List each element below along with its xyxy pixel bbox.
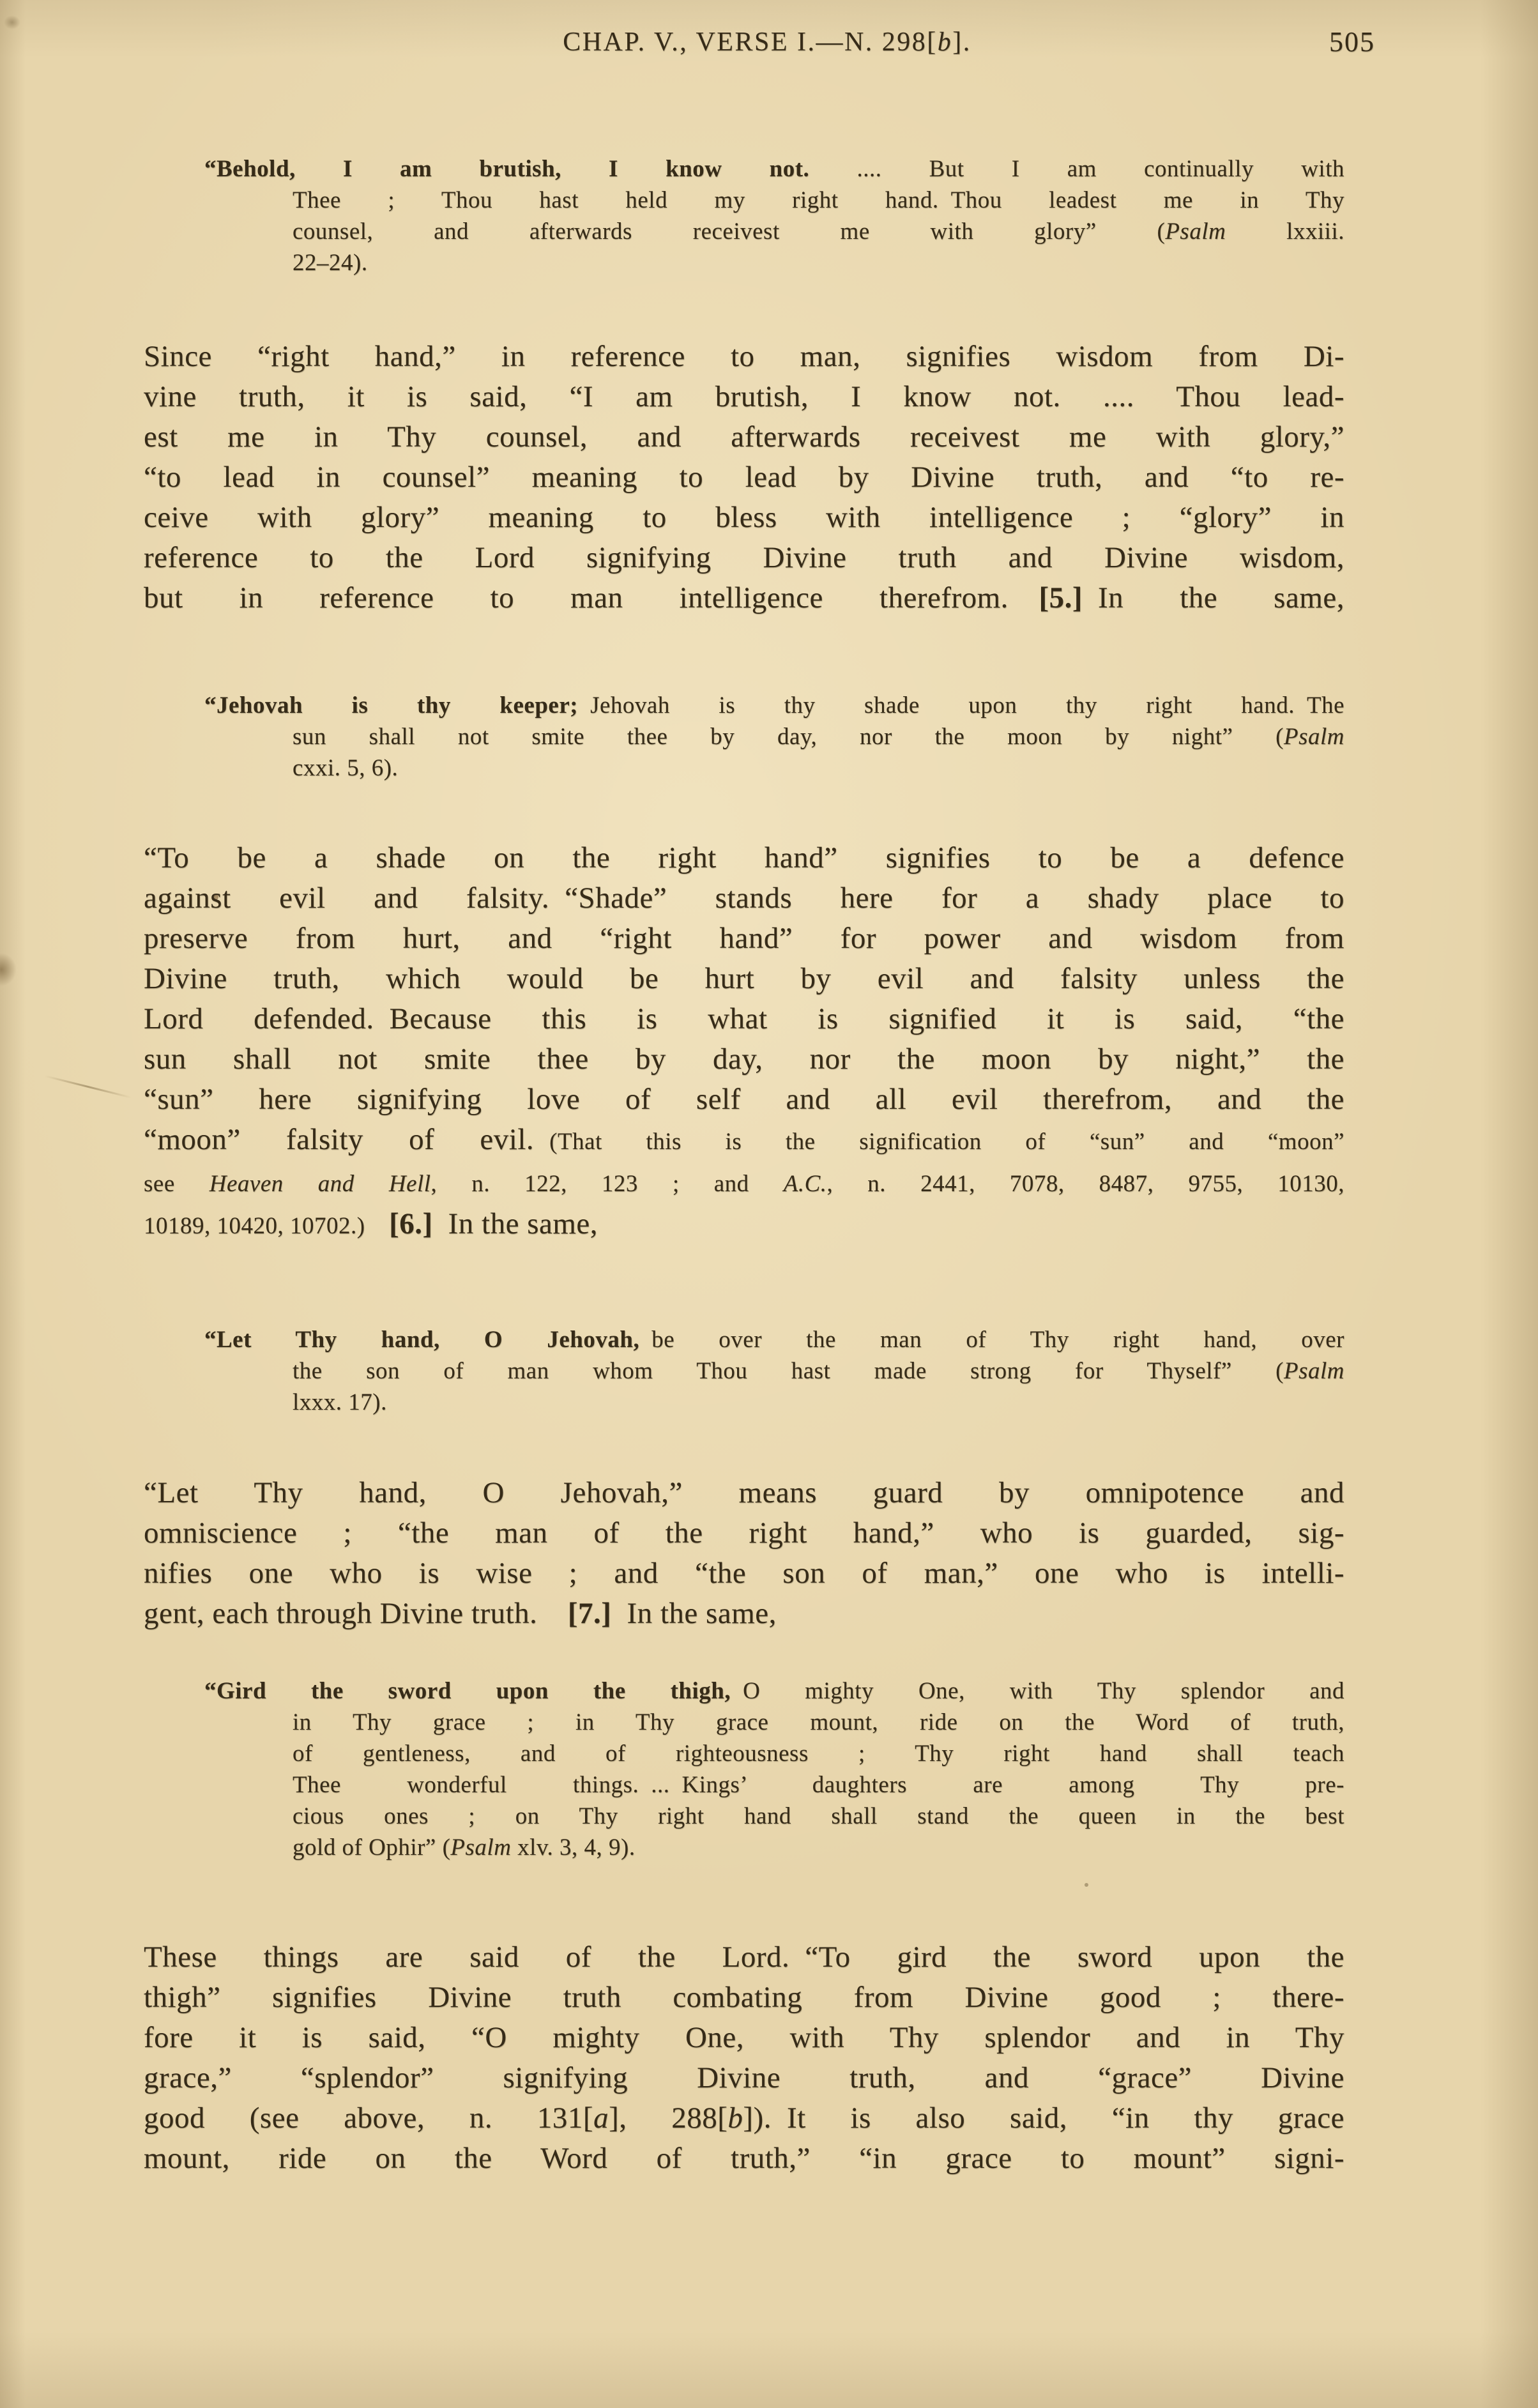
text-line: Lord defended. Because this is what is s… <box>144 999 1344 1039</box>
text-line: cious ones ; on Thy right hand shall sta… <box>293 1801 1344 1832</box>
text-segment: 22–24). <box>293 250 368 276</box>
text-segment: .... But I am continually with <box>809 156 1344 182</box>
text-segment: preserve from hurt, and “right hand” for… <box>144 922 1344 955</box>
text-line: mount, ride on the Word of truth,” “in g… <box>144 2138 1344 2179</box>
text-line: “Let Thy hand, O Jehovah, be over the ma… <box>293 1324 1344 1355</box>
text-segment: lxxiii. <box>1226 218 1344 245</box>
text-segment: Heaven and Hell <box>209 1171 431 1197</box>
text-line: “Jehovah is thy keeper; Jehovah is thy s… <box>293 690 1344 721</box>
text-segment: sun shall not smite thee by day, nor the… <box>293 724 1284 750</box>
paper-scratch <box>45 1075 132 1099</box>
text-line: in Thy grace ; in Thy grace mount, ride … <box>293 1707 1344 1738</box>
text-segment: b <box>938 27 953 57</box>
text-line: Divine truth, which would be hurt by evi… <box>144 959 1344 999</box>
text-line: fore it is said, “O mighty One, with Thy… <box>144 2018 1344 2058</box>
text-segment: [5.] <box>1039 581 1083 614</box>
text-line: 22–24). <box>293 247 1344 278</box>
text-line: good (see above, n. 131[a], 288[b]). It … <box>144 2098 1344 2138</box>
text-segment: CHAP. V., VERSE I.—N. 298[ <box>563 27 938 57</box>
text-segment: “To be a shade on the right hand” signif… <box>144 841 1344 874</box>
text-segment: cxxi. 5, 6). <box>293 755 398 781</box>
text-segment: “moon” falsity of evil. <box>144 1123 549 1156</box>
text-line: nifies one who is wise ; and “the son of… <box>144 1553 1344 1594</box>
text-line: Since “right hand,” in reference to man,… <box>144 337 1344 377</box>
text-segment: the son of man whom Thou hast made stron… <box>293 1358 1284 1384</box>
text-segment: “Let Thy hand, O Jehovah, <box>204 1327 639 1353</box>
text-line: the son of man whom Thou hast made stron… <box>293 1355 1344 1387</box>
text-segment: , n. 2441, 7078, 8487, 9755, 10130, <box>827 1171 1344 1197</box>
text-line: preserve from hurt, and “right hand” for… <box>144 918 1344 959</box>
text-segment: against evil and falsity. “Shade” stands… <box>144 881 1344 915</box>
text-segment: est me in Thy counsel, and afterwards re… <box>144 420 1344 453</box>
text-line: gold of Ophir” (Psalm xlv. 3, 4, 9). <box>293 1832 1344 1863</box>
text-segment: (That this is the signification of “sun”… <box>549 1129 1344 1155</box>
text-line: “Let Thy hand, O Jehovah,” means guard b… <box>144 1473 1344 1513</box>
text-line: “To be a shade on the right hand” signif… <box>144 838 1344 878</box>
text-segment: In the same, <box>611 1597 776 1630</box>
text-segment: be over the man of Thy right hand, over <box>639 1327 1344 1353</box>
text-line: Thee ; Thou hast held my right hand. Tho… <box>293 185 1344 216</box>
text-segment: “Gird the sword upon the thigh, <box>204 1678 731 1704</box>
text-segment: “Behold, I am brutish, I know not. <box>204 156 809 182</box>
text-line: Thee wonderful things. ... Kings’ daught… <box>293 1769 1344 1801</box>
text-segment: b <box>727 2101 743 2135</box>
text-segment: [6.] <box>389 1207 433 1240</box>
text-segment: “Let Thy hand, O Jehovah,” means guard b… <box>144 1476 1344 1509</box>
paper-smudge <box>4 15 20 29</box>
text-line: sun shall not smite thee by day, nor the… <box>144 1039 1344 1079</box>
text-line: “to lead in counsel” meaning to lead by … <box>144 457 1344 498</box>
text-segment: but in reference to man intelligence the… <box>144 581 1039 614</box>
text-line: lxxx. 17). <box>293 1387 1344 1418</box>
page-text-area: CHAP. V., VERSE I.—N. 298[b]. 505 “Behol… <box>144 27 1344 2179</box>
text-line: est me in Thy counsel, and afterwards re… <box>144 417 1344 457</box>
text-line: “Gird the sword upon the thigh, O mighty… <box>293 1675 1344 1707</box>
text-segment: ], 288[ <box>609 2101 727 2135</box>
text-segment: counsel, and afterwards receivest me wit… <box>293 218 1165 245</box>
text-segment: A.C. <box>784 1171 827 1197</box>
text-segment: omniscience ; “the man of the right hand… <box>144 1516 1344 1550</box>
text-line: sun shall not smite thee by day, nor the… <box>293 721 1344 752</box>
text-segment: vine truth, it is said, “I am brutish, I… <box>144 380 1344 413</box>
text-line: of gentleness, and of righteousness ; Th… <box>293 1738 1344 1769</box>
text-segment: , n. 122, 123 ; and <box>431 1171 784 1197</box>
text-segment: O mighty One, with Thy splendor and <box>731 1678 1344 1704</box>
text-segment: Thee ; Thou hast held my right hand. Tho… <box>293 187 1344 213</box>
text-line: omniscience ; “the man of the right hand… <box>144 1513 1344 1553</box>
scripture-quote: “Jehovah is thy keeper; Jehovah is thy s… <box>144 690 1344 784</box>
text-segment: see <box>144 1171 209 1197</box>
text-segment: ceive with glory” meaning to bless with … <box>144 501 1344 534</box>
text-segment: xlv. 3, 4, 9). <box>511 1834 635 1861</box>
text-segment: In the same, <box>433 1207 598 1240</box>
text-segment: good (see above, n. 131[ <box>144 2101 593 2135</box>
text-segment: Psalm <box>1284 724 1344 750</box>
body-paragraph: Since “right hand,” in reference to man,… <box>144 337 1344 618</box>
page-body: “Behold, I am brutish, I know not. .... … <box>144 153 1344 2179</box>
text-line: cxxi. 5, 6). <box>293 752 1344 784</box>
body-paragraph: “Let Thy hand, O Jehovah,” means guard b… <box>144 1473 1344 1634</box>
text-segment: These things are said of the Lord. “To g… <box>144 1940 1344 1974</box>
text-line: counsel, and afterwards receivest me wit… <box>293 216 1344 247</box>
text-segment: “to lead in counsel” meaning to lead by … <box>144 461 1344 494</box>
text-segment: in Thy grace ; in Thy grace mount, ride … <box>293 1709 1344 1735</box>
text-segment: a <box>593 2101 609 2135</box>
text-line: gent, each through Divine truth. [7.] In… <box>144 1594 1344 1634</box>
text-segment: lxxx. 17). <box>293 1389 387 1415</box>
text-segment: In the same, <box>1083 581 1344 614</box>
text-line: “Behold, I am brutish, I know not. .... … <box>293 153 1344 185</box>
text-line: vine truth, it is said, “I am brutish, I… <box>144 377 1344 417</box>
text-segment: Psalm <box>450 1834 511 1861</box>
book-page-scan: CHAP. V., VERSE I.—N. 298[b]. 505 “Behol… <box>0 0 1538 2408</box>
text-segment: Jehovah is thy shade upon thy right hand… <box>578 692 1344 719</box>
scripture-quote: “Behold, I am brutish, I know not. .... … <box>144 153 1344 278</box>
text-segment: gent, each through Divine truth. <box>144 1597 568 1630</box>
running-head: CHAP. V., VERSE I.—N. 298[b]. <box>563 27 971 57</box>
text-segment: reference to the Lord signifying Divine … <box>144 541 1344 574</box>
body-paragraph: “To be a shade on the right hand” signif… <box>144 838 1344 1246</box>
text-segment: nifies one who is wise ; and “the son of… <box>144 1557 1344 1590</box>
text-segment: Psalm <box>1165 218 1226 245</box>
text-line: 10189, 10420, 10702.) [6.] In the same, <box>144 1204 1344 1246</box>
text-segment: [7.] <box>568 1597 612 1630</box>
text-line: “moon” falsity of evil. (That this is th… <box>144 1120 1344 1162</box>
text-line: but in reference to man intelligence the… <box>144 578 1344 618</box>
text-line: reference to the Lord signifying Divine … <box>144 538 1344 578</box>
text-line: ceive with glory” meaning to bless with … <box>144 498 1344 538</box>
text-segment: gold of Ophir” ( <box>293 1834 450 1861</box>
text-segment: grace,” “splendor” signifying Divine tru… <box>144 2061 1344 2094</box>
text-line: grace,” “splendor” signifying Divine tru… <box>144 2058 1344 2098</box>
text-line: “sun” here signifying love of self and a… <box>144 1079 1344 1120</box>
text-line: see Heaven and Hell, n. 122, 123 ; and A… <box>144 1162 1344 1204</box>
text-segment: fore it is said, “O mighty One, with Thy… <box>144 2021 1344 2054</box>
text-line: thigh” signifies Divine truth combating … <box>144 1977 1344 2018</box>
text-segment: ]. <box>952 27 971 57</box>
text-segment: sun shall not smite thee by day, nor the… <box>144 1042 1344 1076</box>
scripture-quote: “Gird the sword upon the thigh, O mighty… <box>144 1675 1344 1863</box>
text-line: These things are said of the Lord. “To g… <box>144 1937 1344 1977</box>
text-segment: “Jehovah is thy keeper; <box>204 692 578 719</box>
text-segment: Lord defended. Because this is what is s… <box>144 1002 1344 1035</box>
text-segment: of gentleness, and of righteousness ; Th… <box>293 1741 1344 1767</box>
text-segment: ]). It is also said, “in thy grace <box>743 2101 1344 2135</box>
text-segment: Divine truth, which would be hurt by evi… <box>144 962 1344 995</box>
text-segment: Psalm <box>1284 1358 1344 1384</box>
page-number: 505 <box>1329 26 1375 58</box>
text-segment: 10189, 10420, 10702.) <box>144 1213 389 1239</box>
text-line: against evil and falsity. “Shade” stands… <box>144 878 1344 918</box>
text-segment: “sun” here signifying love of self and a… <box>144 1083 1344 1116</box>
body-paragraph: These things are said of the Lord. “To g… <box>144 1937 1344 2179</box>
text-segment: mount, ride on the Word of truth,” “in g… <box>144 2142 1344 2175</box>
text-segment: Since “right hand,” in reference to man,… <box>144 340 1344 373</box>
text-segment: Thee wonderful things. ... Kings’ daught… <box>293 1772 1344 1798</box>
page-header: CHAP. V., VERSE I.—N. 298[b]. 505 <box>144 27 1344 60</box>
paper-stain <box>0 953 17 986</box>
text-segment: thigh” signifies Divine truth combating … <box>144 1981 1344 2014</box>
scripture-quote: “Let Thy hand, O Jehovah, be over the ma… <box>144 1324 1344 1418</box>
text-segment: cious ones ; on Thy right hand shall sta… <box>293 1803 1344 1829</box>
